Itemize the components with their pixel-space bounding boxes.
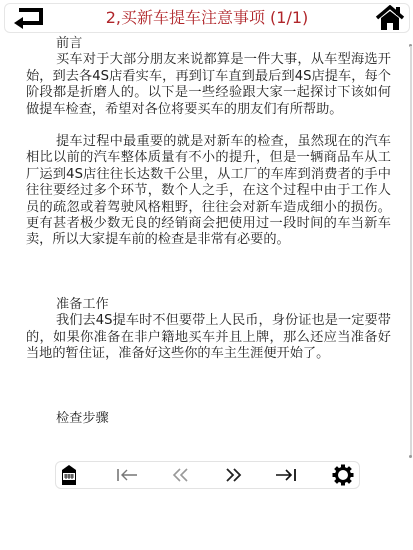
return-arrow-icon — [11, 6, 47, 30]
section-title: 前言 — [26, 36, 391, 52]
bottom-toolbar — [55, 461, 360, 489]
first-page-button[interactable] — [114, 464, 140, 486]
scrollbar-cap-bottom — [409, 455, 412, 458]
section-title: 准备工作 — [26, 297, 391, 313]
book-catalog-icon — [60, 464, 78, 486]
vertical-scrollbar[interactable] — [410, 46, 412, 456]
header-bar: 2,买新车提车注意事项 (1/1) — [4, 3, 410, 33]
section-inspection-steps: 检查步骤 — [26, 411, 391, 427]
section-title: 检查步骤 — [26, 411, 391, 427]
article-content: 前言 买车对于大部分朋友来说都算是一件大事，从车型海选开始，到去各4S店看实车，… — [26, 36, 391, 427]
home-icon — [375, 5, 405, 31]
section-preface: 前言 买车对于大部分朋友来说都算是一件大事，从车型海选开始，到去各4S店看实车，… — [26, 36, 391, 249]
paragraph: 我们去4S提车时不但要带上人民币，身份证也是一定要带的，如果你准备在非户籍地买车… — [26, 313, 391, 362]
double-chevron-right-icon — [224, 467, 242, 483]
prev-page-button[interactable] — [168, 464, 194, 486]
first-page-icon — [116, 467, 138, 483]
paragraph: 买车对于大部分朋友来说都算是一件大事，从车型海选开始，到去各4S店看实车，再到订… — [26, 52, 391, 118]
back-button[interactable] — [11, 6, 47, 30]
settings-button[interactable] — [330, 464, 356, 486]
section-preparation: 准备工作 我们去4S提车时不但要带上人民币，身份证也是一定要带的，如果你准备在非… — [26, 297, 391, 363]
gear-icon — [332, 464, 354, 486]
catalog-button[interactable] — [58, 464, 80, 486]
next-page-button[interactable] — [220, 464, 246, 486]
paragraph: 提车过程中最重要的就是对新车的检查，虽然现在的汽车相比以前的汽车整体质量有不小的… — [26, 134, 391, 249]
double-chevron-left-icon — [172, 467, 190, 483]
page-title: 2,买新车提车注意事项 (1/1) — [65, 8, 349, 28]
last-page-icon — [275, 467, 297, 483]
last-page-button[interactable] — [273, 464, 299, 486]
home-button[interactable] — [375, 5, 405, 31]
